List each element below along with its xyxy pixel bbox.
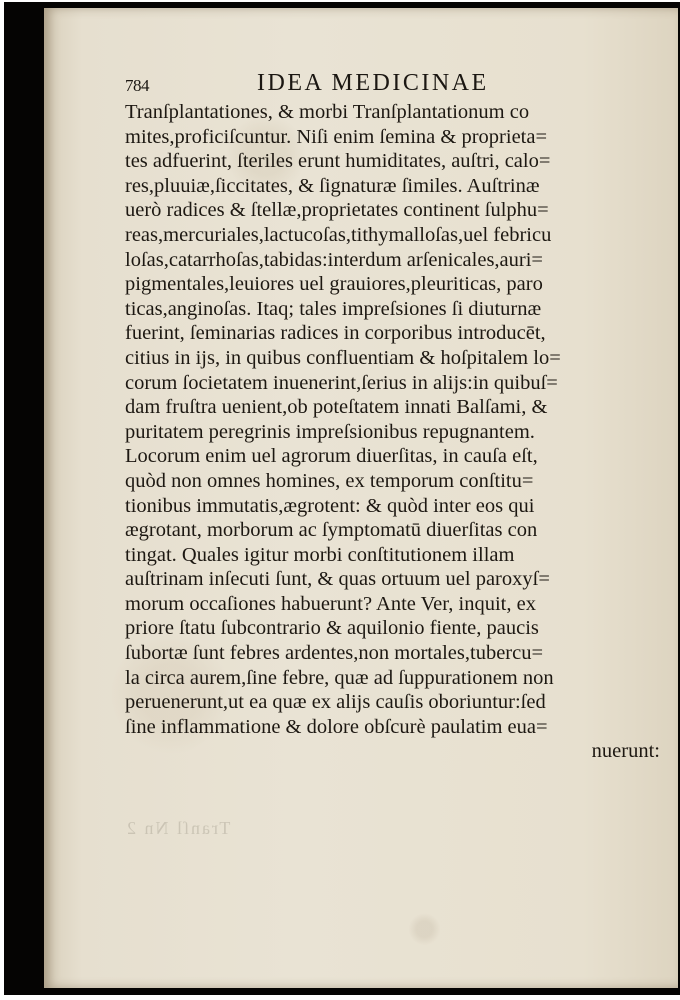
text-line: priore ſtatu ſubcontrario & aquilonio fi…: [125, 616, 670, 641]
text-line: peruenerunt,ut ea quæ ex alijs cauſis ob…: [125, 690, 670, 715]
text-line: tingat. Quales igitur morbi conſtitution…: [125, 543, 670, 568]
text-line: Tranſplantationes, & morbi Tranſplantati…: [125, 100, 670, 125]
show-through-text: Tranſl Nn 2: [125, 818, 230, 839]
text-line: mites,proficiſcuntur. Niſi enim ſemina &…: [125, 125, 670, 150]
text-line: reas,mercuriales,lactucoſas,tithymalloſa…: [125, 223, 670, 248]
text-line: loſas,catarrhoſas,tabidas:interdum arſen…: [125, 248, 670, 273]
text-line: ſine inflammatione & dolore obſcurè paul…: [125, 715, 670, 740]
page-number: 784: [125, 76, 149, 96]
text-line: corum ſocietatem inuenerint,ſerius in al…: [125, 371, 670, 396]
text-line: uerò radices & ſtellæ,proprietates conti…: [125, 198, 670, 223]
text-line: morum occaſiones habuerunt? Ante Ver, in…: [125, 592, 670, 617]
text-line: dam fruſtra uenient,ob poteſtatem innati…: [125, 395, 670, 420]
text-line: fuerint, ſeminarias radices in corporibu…: [125, 321, 670, 346]
text-line: tes adfuerint, ſteriles erunt humiditate…: [125, 149, 670, 174]
text-line: quòd non omnes homines, ex temporum conſ…: [125, 469, 670, 494]
text-line: Locorum enim uel agrorum diuerſitas, in …: [125, 444, 670, 469]
text-line: ſubortæ ſunt febres ardentes,non mortale…: [125, 641, 670, 666]
text-line: auſtrinam inſecuti ſunt, & quas ortuum u…: [125, 567, 670, 592]
text-line: la circa aurem,ſine febre, quæ ad ſuppur…: [125, 666, 670, 691]
text-line: ticas,anginoſas. Itaq; tales impreſsione…: [125, 297, 670, 322]
text-line: pigmentales,leuiores uel grauiores,pleur…: [125, 272, 670, 297]
running-head-title: IDEA MEDICINAE: [257, 70, 489, 97]
catchword: nuerunt:: [125, 739, 670, 764]
text-line: puritatem peregrinis impreſsionibus repu…: [125, 420, 670, 445]
text-line: ægrotant, morborum ac ſymptomatū diuerſi…: [125, 518, 670, 543]
text-line: tionibus immutatis,ægrotent: & quòd inte…: [125, 494, 670, 519]
running-head: 784 IDEA MEDICINAE: [125, 72, 665, 98]
body-text: Tranſplantationes, & morbi Tranſplantati…: [125, 100, 670, 764]
text-line: citius in ijs, in quibus confluentiam & …: [125, 346, 670, 371]
text-line: res,pluuiæ,ſiccitates, & ſignaturæ ſimil…: [125, 174, 670, 199]
